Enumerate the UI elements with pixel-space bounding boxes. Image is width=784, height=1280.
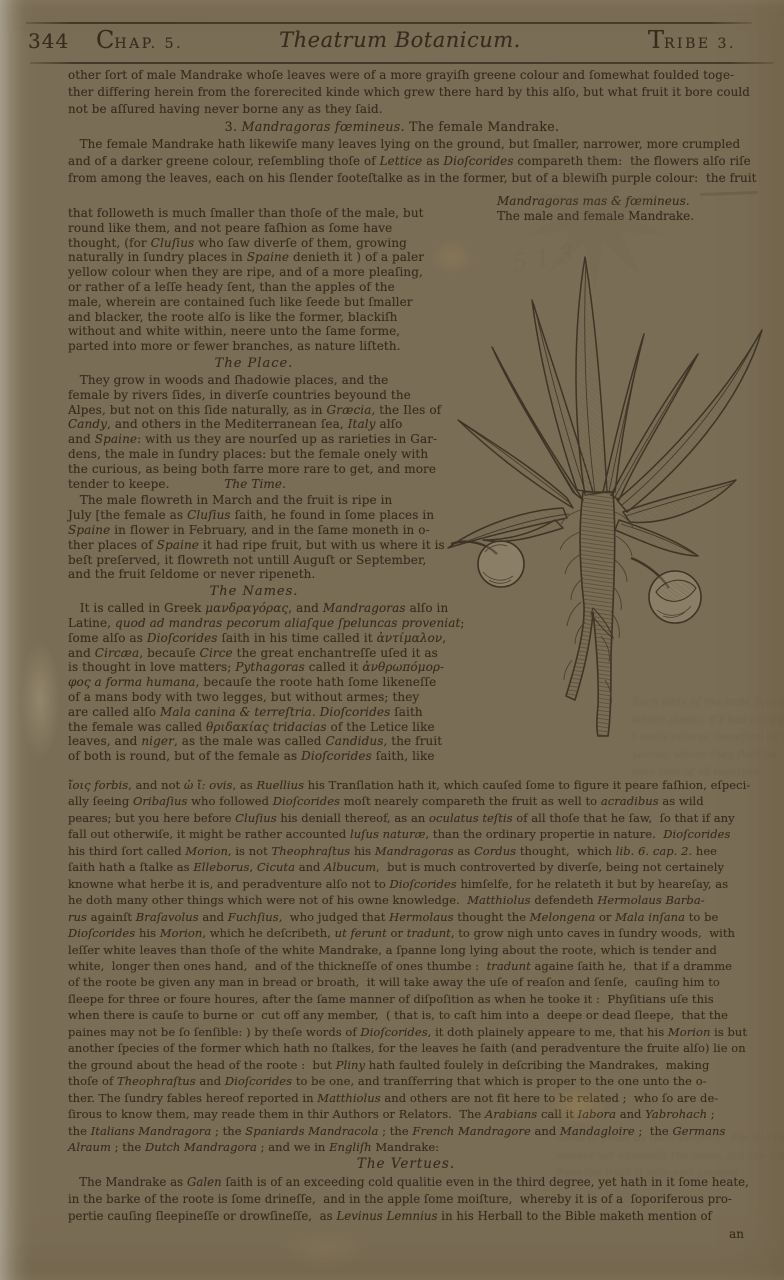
- intro-paragraph: other ſort of male Mandrake whoſe leaves…: [68, 67, 750, 119]
- text-line: ther. The ſundry fables hereof reported …: [68, 1090, 750, 1106]
- text-line: ther places of Spaine it had ripe fruit,…: [68, 538, 446, 553]
- text-line: beſt preſerved, it flowreth not untill A…: [68, 553, 446, 568]
- text-line: thought, (for Cluſius who ſaw diverſe of…: [68, 236, 446, 251]
- text-line: the ground about the head of the roote :…: [68, 1057, 750, 1073]
- text-line: knowne what herbe it is, and peradventur…: [68, 876, 750, 892]
- chapter-rest: HAP. 5.: [114, 36, 183, 52]
- tribe-label: TRIBE 3.: [648, 26, 736, 54]
- chapter-label: CHAP. 5.: [96, 26, 183, 54]
- text-line: are called alſo Mala canina & terreſtria…: [68, 705, 446, 720]
- showthrough-blossom: [527, 145, 667, 290]
- page-number: 344: [28, 29, 69, 53]
- text-line: Candy, and others in the Mediterranean ſ…: [68, 417, 446, 432]
- text-line: ἴοις forbis, and not ὠ ἴ: ovis, as Ruell…: [68, 777, 750, 793]
- text-line: φος a forma humana, becauſe the roote ha…: [68, 675, 446, 690]
- vertues-paragraph: The Mandrake as Galen ſaith is of an exc…: [68, 1174, 749, 1225]
- text-line: ſaith hath a ſtalke as Elleborus, Cicuta…: [68, 859, 750, 875]
- text-line: and the fruit ſeldome or never ripeneth.: [68, 567, 446, 582]
- text-line: ſome alſo as Dioſcorides ſaith in his ti…: [68, 631, 446, 646]
- text-line: leſſer white leaves than thoſe of the wh…: [68, 942, 750, 958]
- text-line: and Spaine: with us they are nourſed up …: [68, 432, 446, 447]
- text-line: and Circæa, becauſe Circe the great ench…: [68, 646, 446, 661]
- female-paragraph-continuation: that followeth is much ſmaller than thoſ…: [68, 206, 446, 354]
- text-line: in the barke of the roote is ſome drineſ…: [68, 1191, 749, 1208]
- text-line: ther differing herein from the forerecit…: [68, 84, 750, 101]
- text-line: is thought in love matters; Pythagoras c…: [68, 660, 446, 675]
- text-line: Alraum ; the Dutch Mandragora ; and we i…: [68, 1139, 750, 1155]
- names-paragraph: It is called in Greek μανδραγόρας, and M…: [68, 601, 446, 764]
- text-line: tender to keepe. The Time.: [68, 477, 446, 492]
- text-line: of the roote be given any man in bread o…: [68, 974, 750, 990]
- text-line: that followeth is much ſmaller than thoſ…: [68, 206, 446, 221]
- tribe-rest: RIBE 3.: [664, 36, 736, 52]
- text-line: female by rivers ſides, in diverſe count…: [68, 388, 446, 403]
- time-paragraph: The male flowreth in March and the fruit…: [68, 493, 446, 582]
- running-title: Theatrum Botanicum.: [250, 28, 550, 52]
- text-line: Spaine in flower in February, and in the…: [68, 523, 446, 538]
- text-line: fall out otherwiſe, it might be rather a…: [68, 826, 750, 842]
- text-line: Dioſcorides his Morion, which he deſcrib…: [68, 925, 750, 941]
- text-line: ally ſeeing Oribaſius who followed Dioſc…: [68, 793, 750, 809]
- text-line: when there is cauſe to burne or cut off …: [68, 1007, 750, 1023]
- header-bottom-rule: [30, 62, 774, 64]
- paper-stain: [20, 640, 60, 760]
- text-line: paines may not be ſo ſenſible: ) by theſ…: [68, 1024, 750, 1040]
- text-line: ſleepe for three or foure houres, after …: [68, 991, 750, 1007]
- text-line: round like them, and not peare faſhion a…: [68, 221, 446, 236]
- text-line: he doth many other things which were not…: [68, 892, 750, 908]
- text-line: It is called in Greek μανδραγόρας, and M…: [68, 601, 446, 616]
- text-line: the Italians Mandragora ; the Spaniards …: [68, 1123, 750, 1139]
- names-heading: The Names.: [68, 584, 440, 600]
- text-line: Latine, quod ad mandras pecorum aliaſque…: [68, 616, 446, 631]
- fruit-left: [451, 541, 524, 587]
- fruit-right: [631, 558, 701, 623]
- book-page-scan: 344 CHAP. 5. Theatrum Botanicum. TRIBE 3…: [0, 0, 784, 1280]
- left-column: that followeth is much ſmaller than thoſ…: [68, 206, 446, 764]
- text-line: They grow in woods and ſhadowie places, …: [68, 373, 446, 388]
- text-line: The Mandrake as Galen ſaith is of an exc…: [68, 1174, 749, 1191]
- text-line: rus againſt Braſavolus and Fuchſius, who…: [68, 909, 750, 925]
- catchword: an: [68, 1227, 744, 1241]
- text-line: yellow colour when they are ripe, and of…: [68, 265, 446, 280]
- place-paragraph: They grow in woods and ſhadowie places, …: [68, 373, 446, 491]
- text-line: leaves, and niger, as the male was calle…: [68, 734, 446, 749]
- text-line: or rather of a leſſe heady ſent, than th…: [68, 280, 446, 295]
- text-line: Alpes, but not on this ſide naturally, a…: [68, 403, 446, 418]
- names-continuation-paragraph: ἴοις forbis, and not ὠ ἴ: ovis, as Ruell…: [68, 777, 750, 1155]
- place-heading: The Place.: [68, 356, 440, 372]
- text-line: The male flowreth in March and the fruit…: [68, 493, 446, 508]
- header-top-rule: [26, 22, 752, 24]
- text-line: another ſpecies of the former which hath…: [68, 1040, 750, 1056]
- text-line: pertie cauſing ſleepineſſe or drowſineſſ…: [68, 1208, 749, 1225]
- text-line: male, wherein are contained ſuch like ſe…: [68, 295, 446, 310]
- tribe-initial: T: [648, 26, 664, 54]
- text-line: without and white within, neere unto the…: [68, 324, 446, 339]
- chapter-initial: C: [96, 26, 114, 54]
- text-line: dens, the male in ſundry places: but the…: [68, 447, 446, 462]
- text-line: July [the female as Cluſius ſaith, he fo…: [68, 508, 446, 523]
- text-line: thoſe of Theophraſtus and Dioſcorides to…: [68, 1073, 750, 1089]
- text-line: and blacker, the roote alſo is like the …: [68, 310, 446, 325]
- text-line: white, longer then ones hand, and of the…: [68, 958, 750, 974]
- mandrake-woodcut: [435, 140, 780, 780]
- text-line: naturally in ſundry places in Spaine den…: [68, 250, 446, 265]
- text-line: of both is round, but of the female as D…: [68, 749, 446, 764]
- text-line: other ſort of male Mandrake whoſe leaves…: [68, 67, 750, 84]
- section-heading: 3. Mandragoras fœmineus. The female Mand…: [68, 119, 716, 134]
- text-line: of a mans body with two legges, but with…: [68, 690, 446, 705]
- text-line: the curious, as being both farre more ra…: [68, 462, 446, 477]
- text-line: parted into more or fewer branches, as n…: [68, 339, 446, 354]
- text-line: his third ſort called Morion, is not The…: [68, 843, 750, 859]
- text-line: peares; but you here before Cluſius his …: [68, 810, 750, 826]
- vertues-heading: The Vertues.: [68, 1156, 744, 1172]
- text-line: not be aſſured having never borne any as…: [68, 101, 750, 118]
- text-line: the female was called θριδακίας tridacia…: [68, 720, 446, 735]
- text-line: ſirous to know them, may reade them in t…: [68, 1106, 750, 1122]
